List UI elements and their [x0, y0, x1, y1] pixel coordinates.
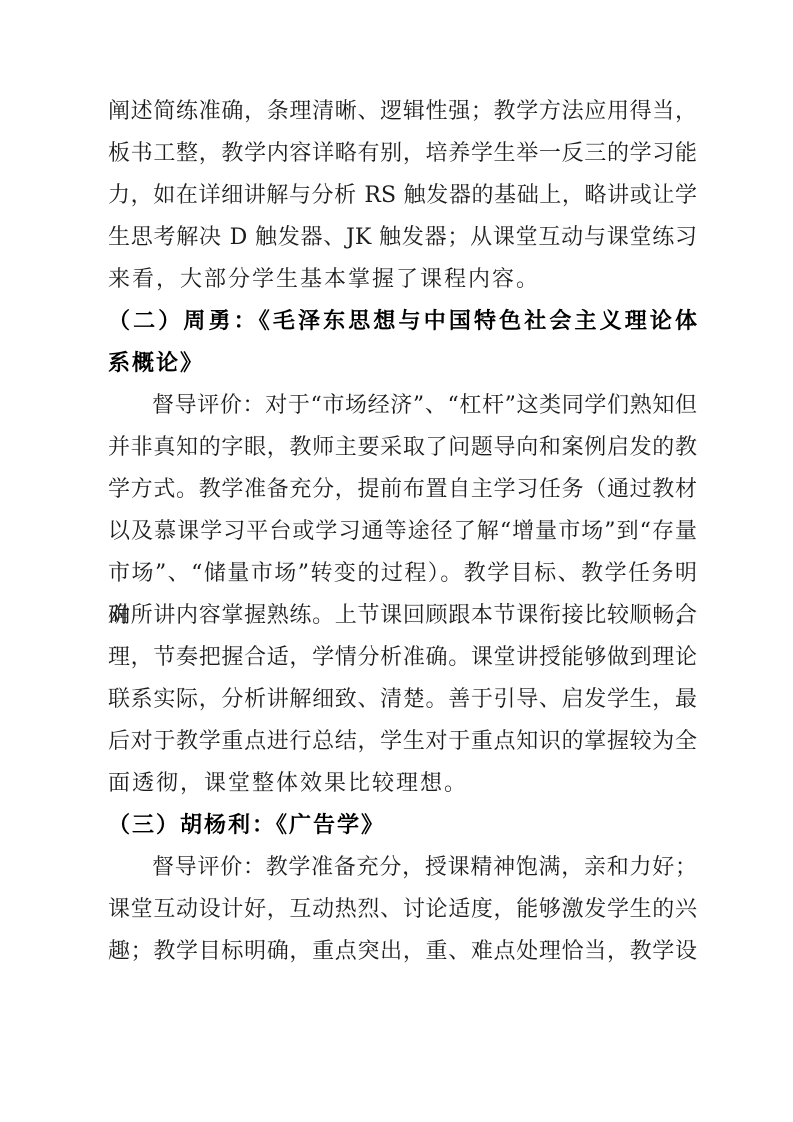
- paragraph-line: 阐述简练准确，条理清晰、逻辑性强；教学方法应用得当，: [108, 91, 697, 133]
- paragraph-line: 并非真知的字眼，教师主要采取了问题导向和案例启发的教: [108, 427, 697, 469]
- paragraph-line: 市场”、“储量市场”转变的过程）。教学目标、教学任务明确，: [108, 553, 697, 595]
- paragraph-line: 督导评价：对于“市场经济”、“杠杆”这类同学们熟知但: [108, 385, 697, 427]
- paragraph-line: 力，如在详细讲解与分析 RS 触发器的基础上，略讲或让学: [108, 175, 697, 217]
- paragraph-line: 生思考解决 D 触发器、JK 触发器；从课堂互动与课堂练习: [108, 217, 697, 259]
- paragraph-line: 来看，大部分学生基本掌握了课程内容。: [108, 259, 697, 301]
- paragraph-line: 后对于教学重点进行总结，学生对于重点知识的掌握较为全: [108, 721, 697, 763]
- paragraph-line: 督导评价：教学准备充分，授课精神饱满，亲和力好；: [108, 847, 697, 889]
- paragraph-line: 面透彻，课堂整体效果比较理想。: [108, 763, 697, 805]
- paragraph-line: 以及慕课学习平台或学习通等途径了解“增量市场”到“存量: [108, 511, 697, 553]
- paragraph-line: 联系实际，分析讲解细致、清楚。善于引导、启发学生，最: [108, 679, 697, 721]
- paragraph-line: 趣；教学目标明确，重点突出，重、难点处理恰当，教学设: [108, 931, 697, 973]
- section-two-heading-line: 系概论》: [108, 343, 697, 385]
- document-text-block: 阐述简练准确，条理清晰、逻辑性强；教学方法应用得当， 板书工整，教学内容详略有别…: [108, 91, 697, 973]
- paragraph-line: 课堂互动设计好，互动热烈、讨论适度，能够激发学生的兴: [108, 889, 697, 931]
- paragraph-line: 理，节奏把握合适，学情分析准确。课堂讲授能够做到理论: [108, 637, 697, 679]
- paragraph-line: 对所讲内容掌握熟练。上节课回顾跟本节课衔接比较顺畅合: [108, 595, 697, 637]
- section-two-heading-line: （二）周勇：《毛泽东思想与中国特色社会主义理论体: [108, 301, 697, 343]
- document-page: 阐述简练准确，条理清晰、逻辑性强；教学方法应用得当， 板书工整，教学内容详略有别…: [0, 0, 793, 1122]
- section-three-heading-line: （三）胡杨利：《广告学》: [108, 805, 697, 847]
- paragraph-line: 学方式。教学准备充分，提前布置自主学习任务（通过教材: [108, 469, 697, 511]
- paragraph-line: 板书工整，教学内容详略有别，培养学生举一反三的学习能: [108, 133, 697, 175]
